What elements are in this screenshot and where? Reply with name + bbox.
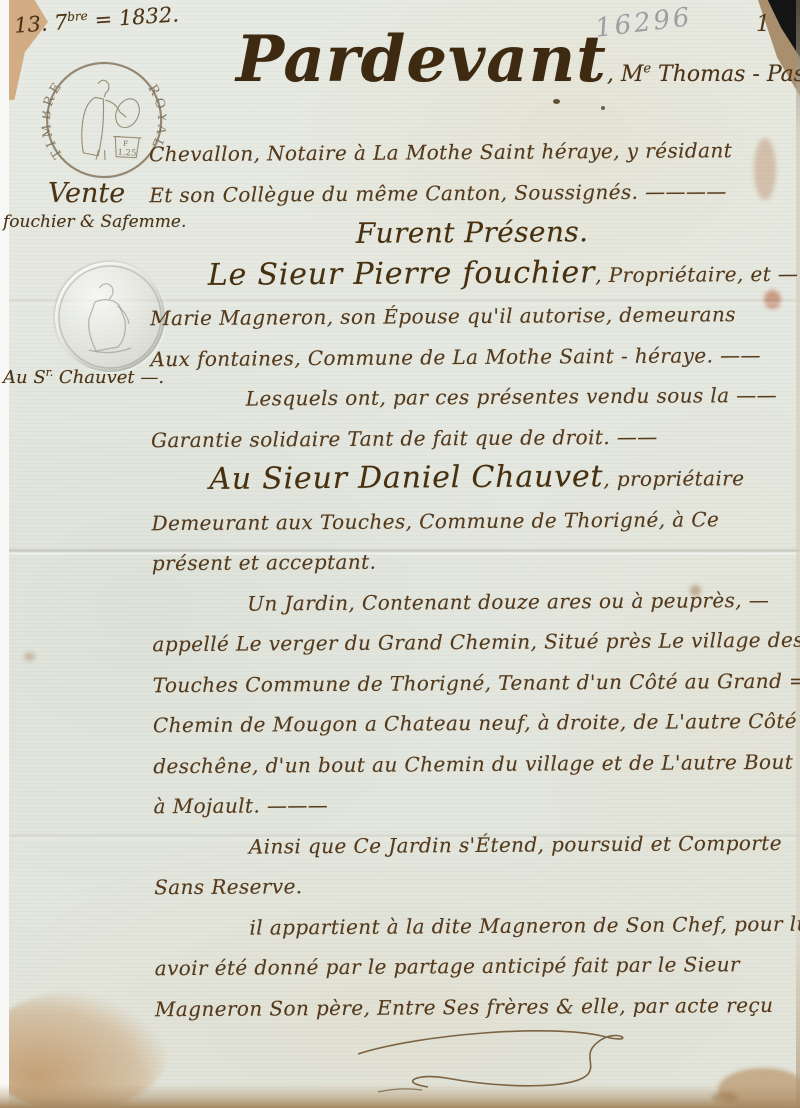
title-suffix: , Me Thomas - Pascal: [607, 62, 800, 87]
manuscript-line: Garantie solidaire Tant de fait que de d…: [151, 415, 796, 460]
manuscript-body: Chevallon, Notaire à La Mothe Saint héra…: [149, 130, 800, 1029]
stain-small-2: [24, 652, 35, 661]
line-rest-text: , propriétaire: [603, 466, 744, 491]
manuscript-line: Chevallon, Notaire à La Mothe Saint héra…: [149, 130, 794, 175]
stamp-value-letter: F: [123, 139, 129, 148]
paraph-flourish: [350, 1016, 680, 1105]
line-rest-text: , Propriétaire, et —: [595, 261, 798, 286]
scanned-document: 13. 7bre = 1832. 16296 1 TIMBRE ROYAL F …: [0, 0, 800, 1108]
manuscript-line: deschêne, d'un bout au Chemin du village…: [153, 741, 798, 786]
manuscript-line: à Mojault. ———: [153, 782, 798, 827]
margin-note-buyer: Au Sr. Chauvet —.: [3, 366, 164, 388]
date-superscript: bre: [67, 9, 88, 24]
line-lead-text: Au Sieur Daniel Chauvet: [209, 459, 603, 497]
embossed-seal: [55, 262, 165, 372]
manuscript-line: Lesquels ont, par ces présentes vendu so…: [151, 375, 796, 420]
ink-splatter-2: [601, 106, 605, 110]
manuscript-line: Sans Reserve.: [154, 863, 799, 908]
manuscript-line: avoir été donné par le partage anticipé …: [155, 944, 800, 989]
title-honorific: M: [621, 62, 644, 87]
manuscript-line: présent et acceptant.: [152, 539, 797, 584]
stamp-arc-left-text: TIMBRE: [39, 77, 70, 162]
margin-note-sale-type: Vente: [48, 178, 125, 209]
manuscript-line: Touches Commune de Thorigné, Tenant d'un…: [153, 660, 798, 705]
manuscript-line: Et son Collègue du même Canton, Soussign…: [149, 170, 794, 215]
manuscript-line: Ainsi que Ce Jardin s'Étend, poursuid et…: [154, 822, 799, 867]
stamp-value-amount: 1.25: [117, 148, 136, 159]
title-honorific-superscript: e: [643, 62, 651, 77]
manuscript-line: Furent Présens.: [149, 211, 794, 256]
manuscript-line: Marie Magneron, son Épouse qu'il autoris…: [150, 294, 795, 339]
title-notary-name: Thomas - Pascal: [651, 62, 800, 87]
date-prefix: 13. 7: [13, 10, 68, 38]
manuscript-line: Aux fontaines, Commune de La Mothe Saint…: [150, 334, 795, 379]
buyer-rest: Chauvet —.: [53, 367, 164, 388]
deed-title: Pardevant, Me Thomas - Pascal: [236, 22, 800, 97]
manuscript-line: Un Jardin, Contenant douze ares ou à peu…: [152, 579, 797, 624]
manuscript-line: appellé Le verger du Grand Chemin, Situé…: [152, 620, 797, 665]
svg-text:TIMBRE: TIMBRE: [39, 77, 70, 162]
title-comma: ,: [607, 62, 621, 87]
buyer-prefix: Au S: [3, 367, 46, 388]
manuscript-line: il appartient à la dite Magneron de Son …: [154, 903, 799, 948]
seal-figure: [55, 262, 165, 372]
ink-splatter-1: [553, 99, 560, 104]
scanner-background-strip: [0, 0, 9, 1108]
title-opening-word: Pardevant: [236, 22, 607, 97]
manuscript-line: Chemin de Mougon a Chateau neuf, à droit…: [153, 701, 798, 746]
manuscript-line: Le Sieur Pierre fouchier, Propriétaire, …: [150, 251, 795, 298]
line-lead-text: Le Sieur Pierre fouchier: [208, 255, 596, 293]
manuscript-line: Au Sieur Daniel Chauvet, propriétaire: [151, 456, 796, 503]
manuscript-line: Demeurant aux Touches, Commune de Thorig…: [151, 498, 796, 543]
